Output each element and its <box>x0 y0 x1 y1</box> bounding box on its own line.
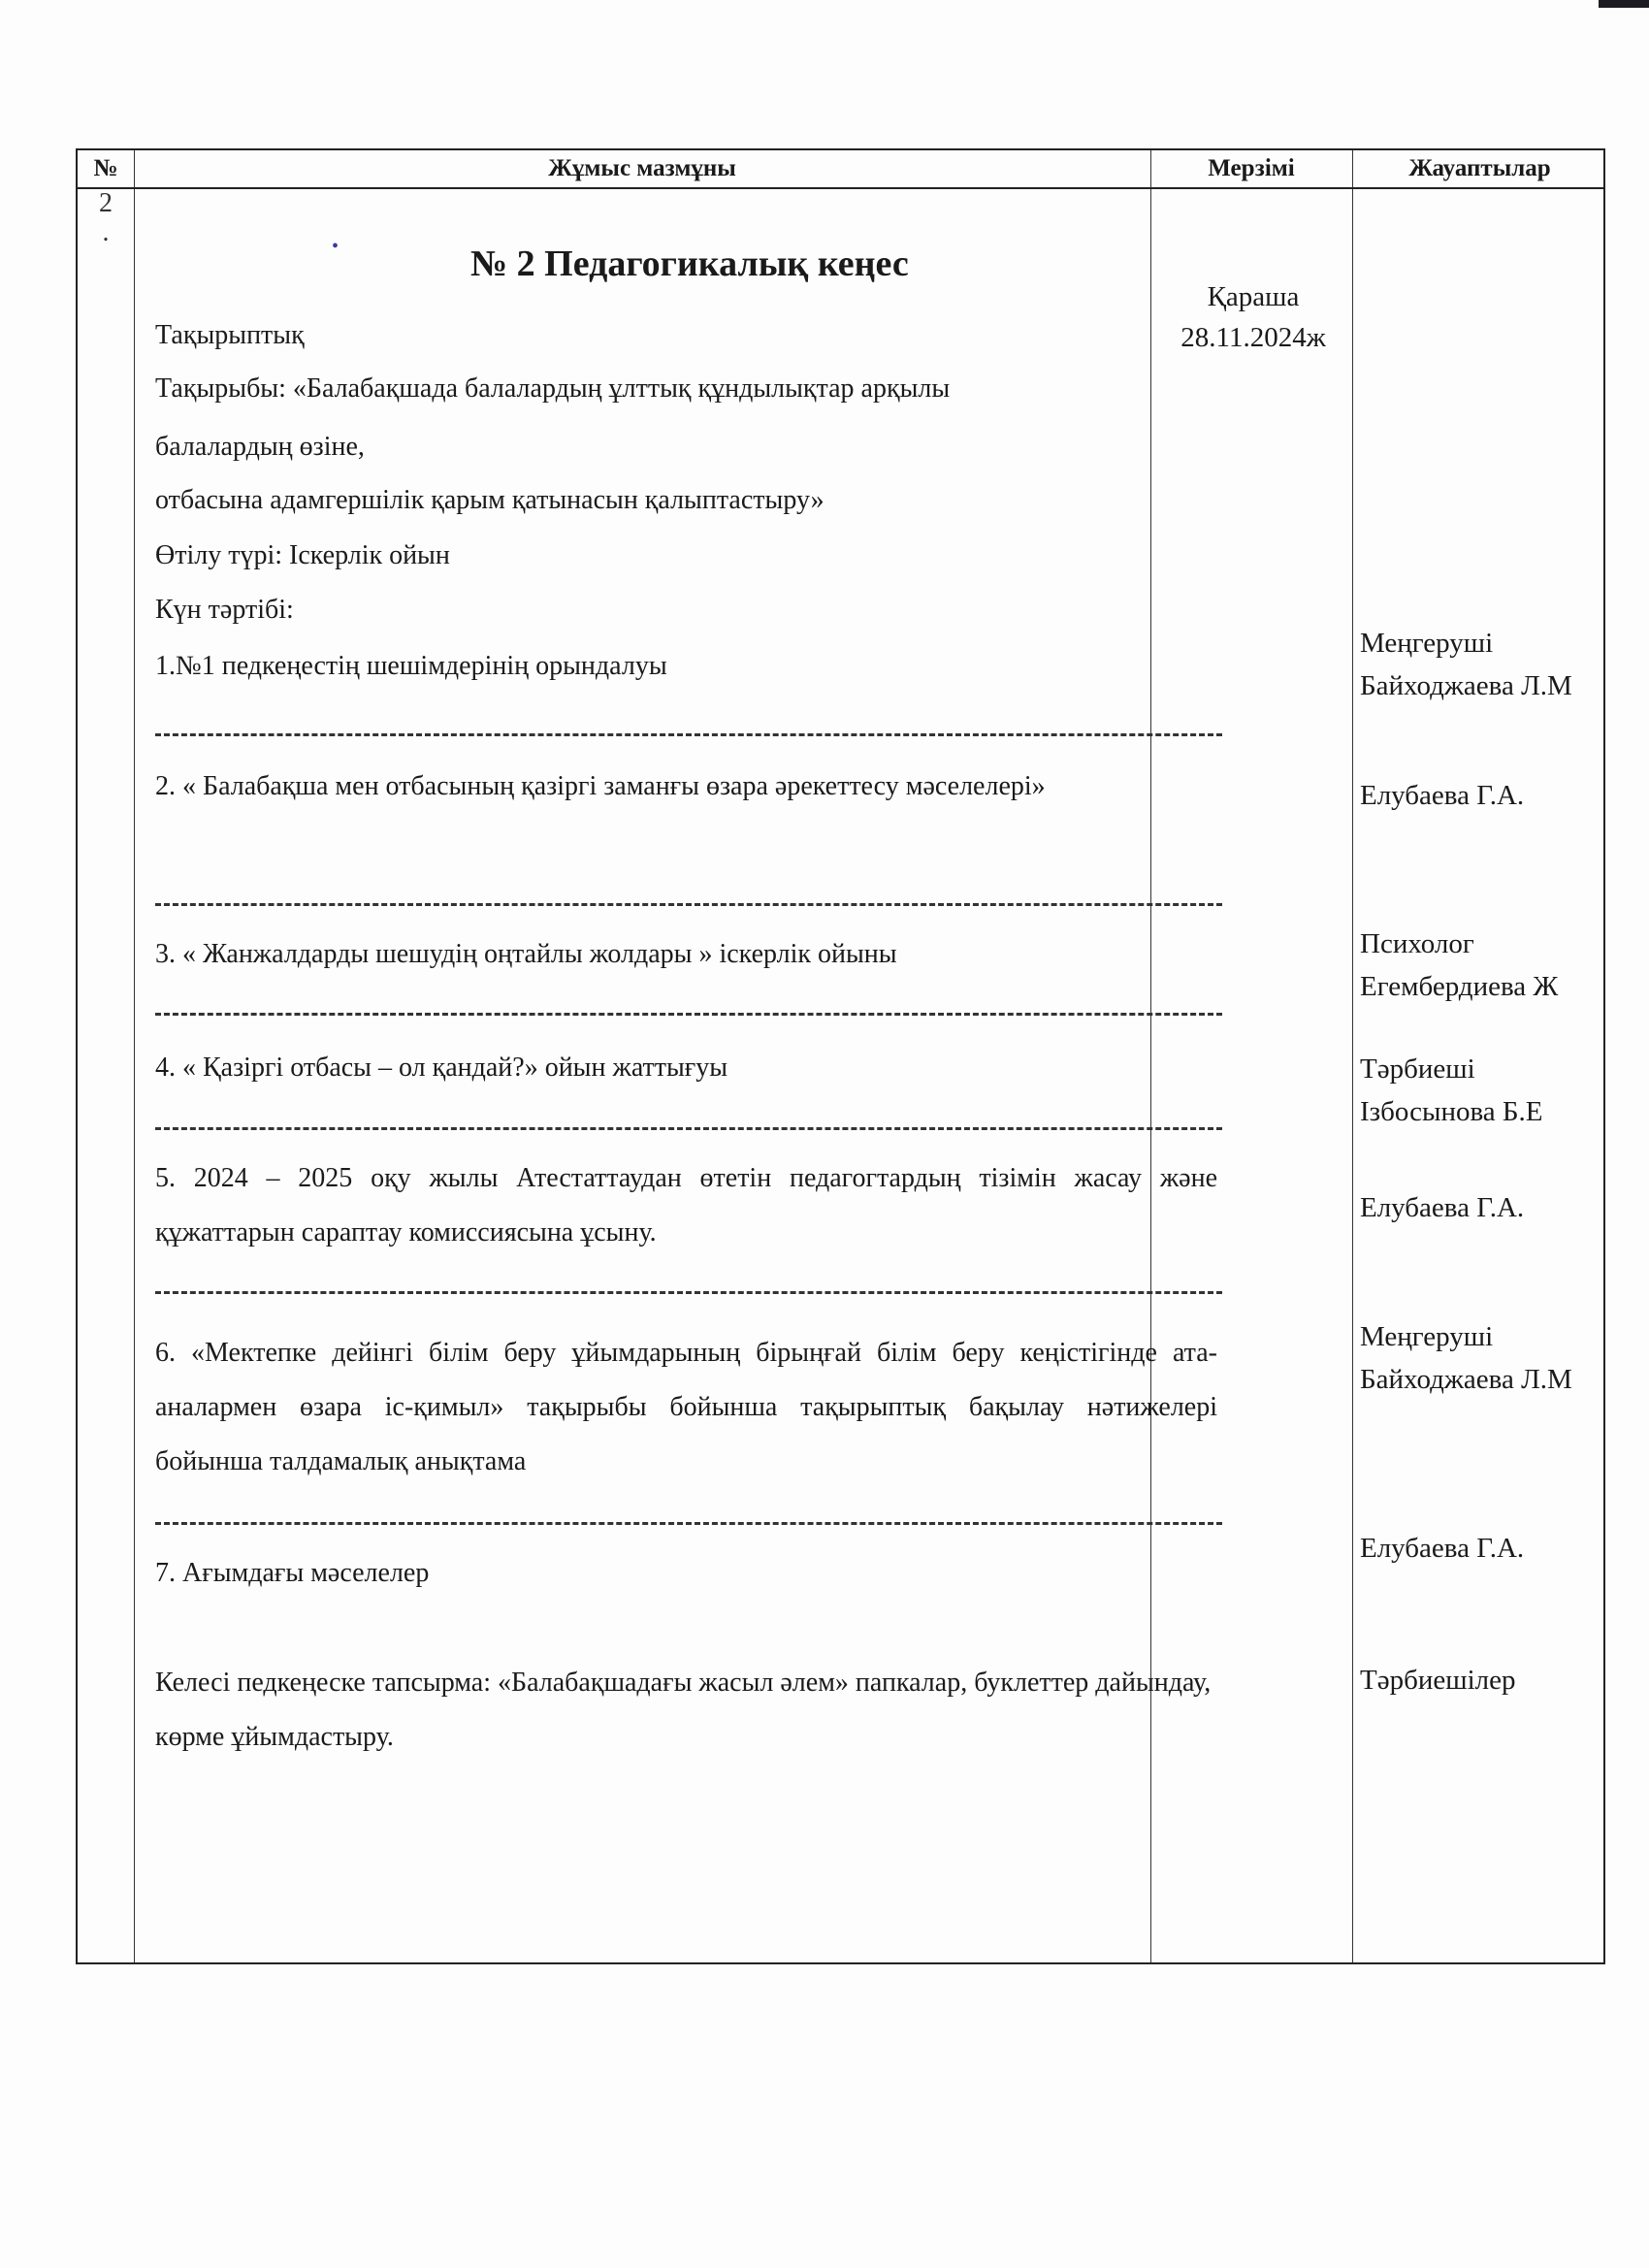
council-title: № 2 Педагогикалық кеңес <box>470 243 909 285</box>
responsible-7: Елубаева Г.А. <box>1360 1527 1602 1570</box>
column-divider <box>1352 150 1353 1962</box>
column-divider <box>134 150 135 1962</box>
dashed-separator <box>155 1291 1222 1294</box>
responsible-role: Меңгеруші <box>1360 1315 1602 1358</box>
topic-line-2: балалардың өзіне, <box>155 432 365 463</box>
agenda-label: Күн тәртібі: <box>155 595 294 626</box>
date-value: 28.11.2024ж <box>1151 317 1355 358</box>
responsible-4: Тәрбиеші Ізбосынова Б.Е <box>1360 1048 1602 1133</box>
responsible-6: Меңгеруші Байходжаева Л.М <box>1360 1315 1602 1401</box>
responsible-role: Меңгеруші <box>1360 622 1602 664</box>
agenda-item-5: 5. 2024 – 2025 оқу жылы Атестаттаудан өт… <box>155 1151 1217 1260</box>
agenda-item-1: 1.№1 педкеңестің шешімдерінің орындалуы <box>155 651 667 682</box>
plan-table: № Жұмыс мазмұны Мерзімі Жауаптылар 2 . •… <box>76 148 1605 1964</box>
responsible-name: Байходжаева Л.М <box>1360 664 1602 707</box>
dashed-separator <box>155 1522 1222 1525</box>
responsible-name: Егембердиева Ж <box>1360 965 1602 1008</box>
scan-edge-mark <box>1599 0 1649 8</box>
row-number-value: 2 <box>78 189 134 218</box>
scan-artifact: • <box>332 236 339 258</box>
topic-line-1: Тақырыбы: «Балабақшада балалардың ұлттық… <box>155 362 1217 416</box>
dashed-separator <box>155 903 1222 906</box>
agenda-item-3: 3. « Жанжалдарды шешудің оңтайлы жолдары… <box>155 939 897 970</box>
responsible-name: Елубаева Г.А. <box>1360 1186 1602 1229</box>
format-line: Өтілу түрі: Іскерлік ойын <box>155 540 450 571</box>
dashed-separator <box>155 733 1222 736</box>
responsible-name: Елубаева Г.А. <box>1360 774 1602 817</box>
date-cell: Қараша 28.11.2024ж <box>1151 276 1355 358</box>
dashed-separator <box>155 1013 1222 1016</box>
responsible-name: Елубаева Г.А. <box>1360 1527 1602 1570</box>
dashed-separator <box>155 1127 1222 1130</box>
responsible-3: Психолог Егембердиева Ж <box>1360 923 1602 1008</box>
responsible-role: Психолог <box>1360 923 1602 965</box>
header-divider <box>78 187 1603 189</box>
header-responsible: Жауаптылар <box>1352 150 1607 187</box>
agenda-item-2: 2. « Балабақша мен отбасының қазіргі зам… <box>155 760 1217 814</box>
date-month: Қараша <box>1151 276 1355 317</box>
row-number: 2 . <box>78 189 134 247</box>
responsible-name: Ізбосынова Б.Е <box>1360 1090 1602 1133</box>
header-content: Жұмыс мазмұны <box>134 150 1150 187</box>
responsible-8: Тәрбиешілер <box>1360 1659 1602 1701</box>
responsible-name: Байходжаева Л.М <box>1360 1358 1602 1401</box>
responsible-5: Елубаева Г.А. <box>1360 1186 1602 1229</box>
responsible-1: Меңгеруші Байходжаева Л.М <box>1360 622 1602 707</box>
header-date: Мерзімі <box>1150 150 1352 187</box>
header-number: № <box>78 150 134 187</box>
responsible-name: Тәрбиешілер <box>1360 1659 1602 1701</box>
responsible-2: Елубаева Г.А. <box>1360 774 1602 817</box>
council-type: Тақырыптық <box>155 320 305 351</box>
next-task: Келесі педкеңеске тапсырма: «Балабақшада… <box>155 1656 1217 1765</box>
topic-line-3: отбасына адамгершілік қарым қатынасын қа… <box>155 485 824 516</box>
responsible-role: Тәрбиеші <box>1360 1048 1602 1090</box>
row-number-dot: . <box>78 218 134 247</box>
agenda-item-4: 4. « Қазіргі отбасы – ол қандай?» ойын ж… <box>155 1053 727 1084</box>
agenda-item-7: 7. Ағымдағы мәселелер <box>155 1558 429 1589</box>
agenda-item-6: 6. «Мектепке дейінгі білім беру ұйымдары… <box>155 1326 1217 1489</box>
